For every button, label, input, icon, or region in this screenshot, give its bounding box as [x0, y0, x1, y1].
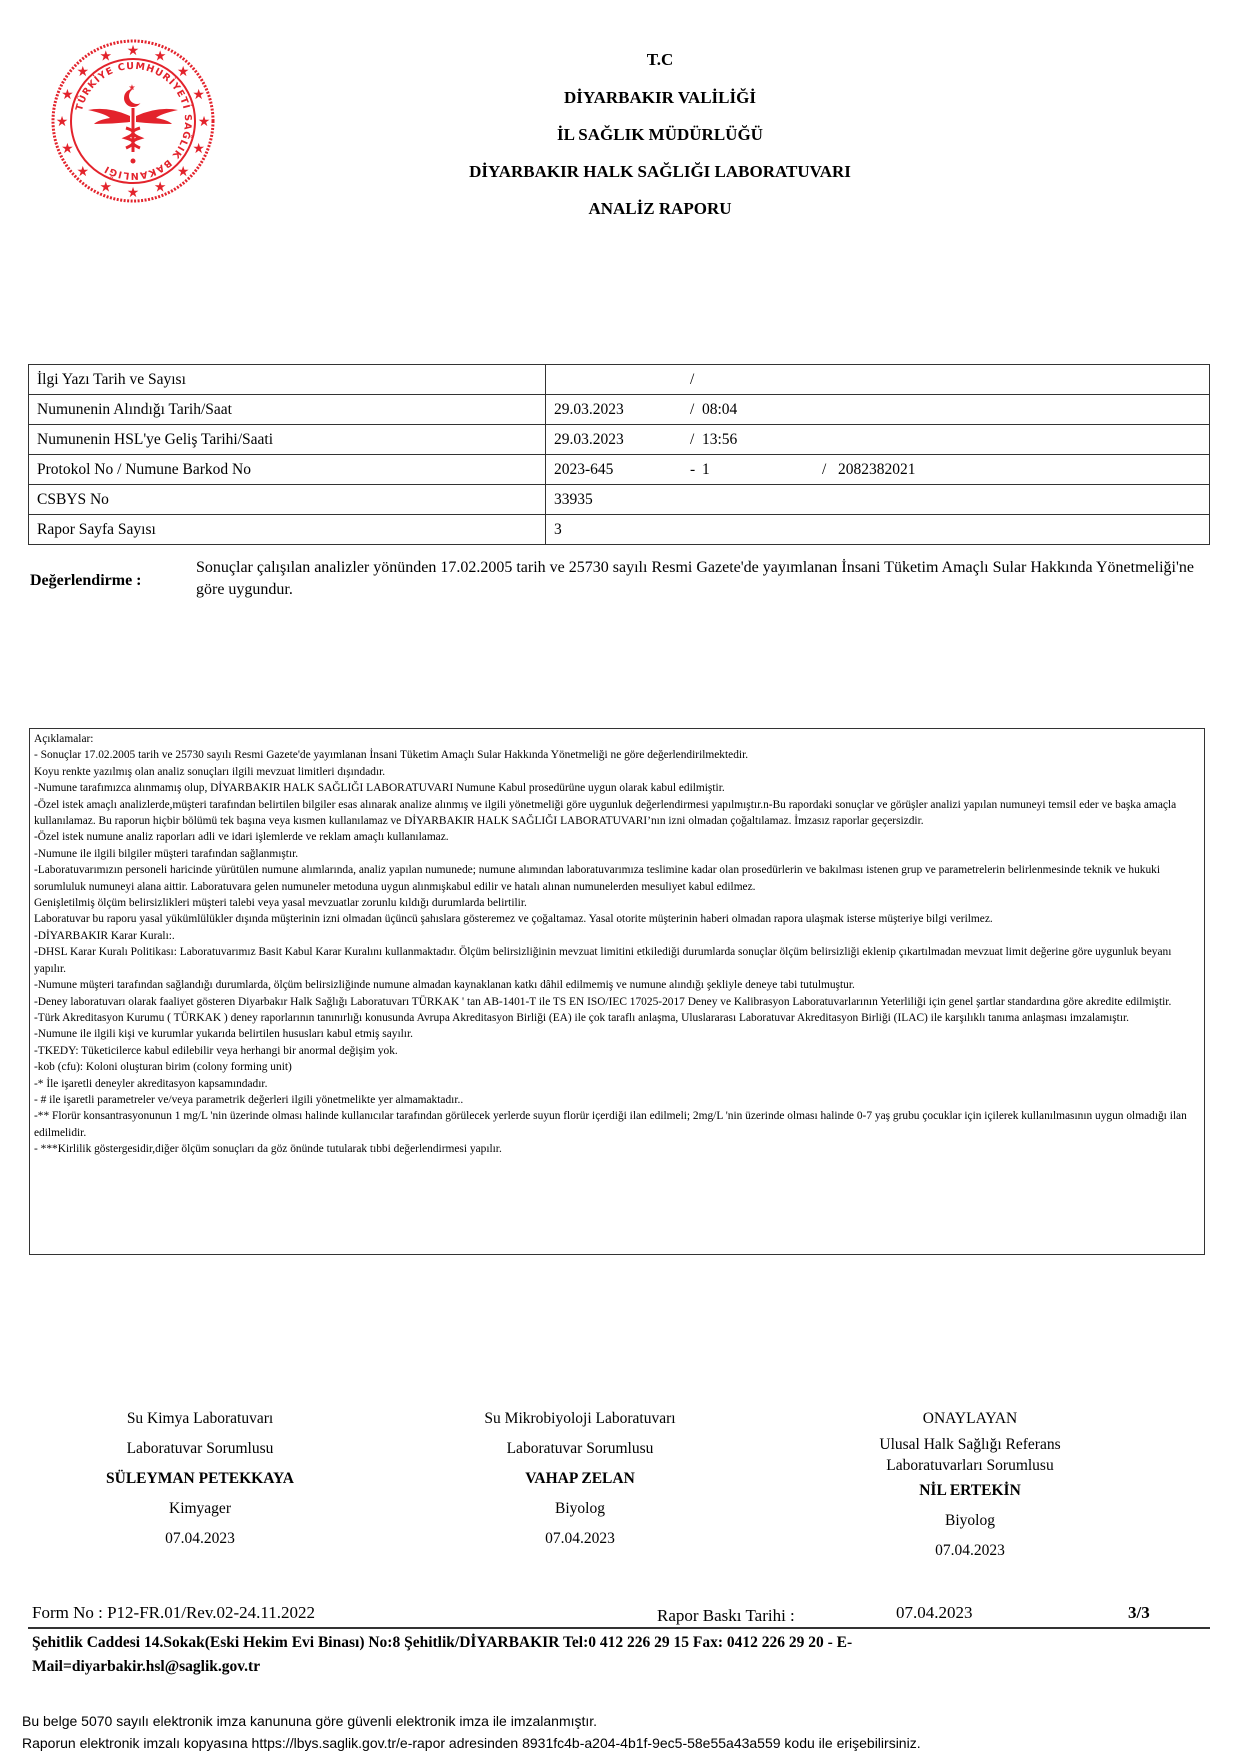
sample-info-table: İlgi Yazı Tarih ve Sayısı/Numunenin Alın…	[28, 364, 1210, 545]
evaluation-text: Sonuçlar çalışılan analizler yönünden 17…	[196, 557, 1196, 601]
svg-text:★: ★	[127, 185, 140, 201]
signature-date: 07.04.2023	[830, 1536, 1110, 1566]
info-label: İlgi Yazı Tarih ve Sayısı	[29, 365, 546, 395]
footer-divider	[28, 1627, 1210, 1629]
value-primary: 29.03.2023	[554, 431, 690, 449]
svg-text:★: ★	[56, 114, 69, 130]
note-line: -Numune ile ilgili kişi ve kurumlar yuka…	[34, 1026, 1200, 1042]
note-line: Laboratuvar bu raporu yasal yükümlülükle…	[34, 911, 1200, 927]
header-line-tc: T.C	[300, 50, 1020, 70]
notes-title: Açıklamalar:	[34, 731, 1200, 747]
page-number: 3/3	[1128, 1603, 1150, 1623]
signature-approver: ONAYLAYAN Ulusal Halk Sağlığı Referans L…	[830, 1404, 1110, 1566]
value-separator: /	[822, 461, 838, 479]
note-line: - # ile işaretli parametreler ve/veya pa…	[34, 1092, 1200, 1108]
info-value: 33935	[546, 485, 1210, 515]
note-line: -Özel istek amaçlı analizlerde,müşteri t…	[34, 797, 1200, 830]
svg-text:★: ★	[177, 64, 190, 80]
signature-date: 07.04.2023	[60, 1524, 340, 1554]
info-label: Numunenin HSL'ye Geliş Tarihi/Saati	[29, 425, 546, 455]
svg-text:★: ★	[100, 48, 113, 64]
note-line: -Türk Akreditasyon Kurumu ( TÜRKAK ) den…	[34, 1010, 1200, 1026]
svg-text:★: ★	[61, 141, 74, 157]
svg-text:★: ★	[177, 164, 190, 180]
svg-text:★: ★	[154, 48, 167, 64]
signature-role-line2: Laboratuvarları Sorumlusu	[830, 1455, 1110, 1476]
note-line: - Sonuçlar 17.02.2005 tarih ve 25730 say…	[34, 747, 1200, 763]
svg-text:★: ★	[192, 141, 205, 157]
value-separator: -	[690, 461, 702, 479]
print-date: 07.04.2023	[896, 1603, 973, 1623]
info-value: /	[546, 365, 1210, 395]
note-line: -TKEDY: Tüketicilerce kabul edilebilir v…	[34, 1043, 1200, 1059]
note-line: -Numune tarafımızca alınmamış olup, DİYA…	[34, 780, 1200, 796]
info-label: Rapor Sayfa Sayısı	[29, 515, 546, 545]
info-value: 29.03.2023/13:56	[546, 425, 1210, 455]
signature-name: NİL ERTEKİN	[830, 1476, 1110, 1506]
svg-text:★: ★	[192, 87, 205, 103]
info-label: Numunenin Alındığı Tarih/Saat	[29, 395, 546, 425]
ministry-of-health-seal-icon: ★★★★★★★★★★★★★★★★ TÜRKİYE CUMHURİYETİ SAĞ…	[48, 36, 218, 206]
svg-text:★: ★	[77, 164, 90, 180]
value-secondary: 13:56	[702, 431, 822, 449]
form-number: Form No : P12-FR.01/Rev.02-24.11.2022	[32, 1603, 315, 1623]
note-line: -Numune müşteri tarafından sağlandığı du…	[34, 977, 1200, 993]
svg-text:★: ★	[128, 83, 135, 92]
info-label: Protokol No / Numune Barkod No	[29, 455, 546, 485]
header-line-health-directorate: İL SAĞLIK MÜDÜRLÜĞÜ	[300, 125, 1020, 145]
e-signature-notice: Bu belge 5070 sayılı elektronik imza kan…	[22, 1710, 921, 1754]
note-line: -Deney laboratuvarı olarak faaliyet göst…	[34, 994, 1200, 1010]
svg-text:★: ★	[100, 180, 113, 196]
value-secondary: 08:04	[702, 401, 822, 419]
e-report-access-line: Raporun elektronik imzalı kopyasına http…	[22, 1732, 921, 1754]
note-line: -DHSL Karar Kuralı Politikası: Laboratuv…	[34, 944, 1200, 977]
report-title: ANALİZ RAPORU	[300, 199, 1020, 219]
note-line: -Özel istek numune analiz raporları adli…	[34, 829, 1200, 845]
signature-name: VAHAP ZELAN	[430, 1464, 730, 1494]
value-primary: 3	[554, 521, 690, 539]
signature-title: Biyolog	[830, 1506, 1110, 1536]
info-row: Protokol No / Numune Barkod No2023-645-1…	[29, 455, 1210, 485]
value-separator: /	[690, 401, 702, 419]
note-line: Genişletilmiş ölçüm belirsizlikleri müşt…	[34, 895, 1200, 911]
value-separator: /	[690, 431, 702, 449]
signature-date: 07.04.2023	[430, 1524, 730, 1554]
svg-text:★: ★	[61, 87, 74, 103]
header-line-governorship: DİYARBAKIR VALİLİĞİ	[300, 88, 1020, 108]
approver-heading: ONAYLAYAN	[830, 1404, 1110, 1434]
notes-box: Açıklamalar: - Sonuçlar 17.02.2005 tarih…	[29, 728, 1205, 1255]
note-line: -* İle işaretli deneyler akreditasyon ka…	[34, 1076, 1200, 1092]
signature-unit: Su Kimya Laboratuvarı	[60, 1404, 340, 1434]
note-line: - ***Kirlilik göstergesidir,diğer ölçüm …	[34, 1141, 1200, 1157]
header-line-laboratory: DİYARBAKIR HALK SAĞLIĞI LABORATUVARI	[300, 162, 1020, 182]
value-tertiary: 2082382021	[838, 461, 916, 479]
info-row: Rapor Sayfa Sayısı3	[29, 515, 1210, 545]
e-signature-line: Bu belge 5070 sayılı elektronik imza kan…	[22, 1710, 921, 1732]
signature-role: Laboratuvar Sorumlusu	[430, 1434, 730, 1464]
svg-text:★: ★	[154, 180, 167, 196]
address-contact: Şehitlik Caddesi 14.Sokak(Eski Hekim Evi…	[32, 1631, 1072, 1679]
evaluation-label: Değerlendirme :	[30, 572, 142, 590]
info-value: 3	[546, 515, 1210, 545]
svg-text:★: ★	[77, 64, 90, 80]
signature-role-line1: Ulusal Halk Sağlığı Referans	[830, 1434, 1110, 1455]
info-value: 29.03.2023/08:04	[546, 395, 1210, 425]
signature-title: Kimyager	[60, 1494, 340, 1524]
info-row: CSBYS No33935	[29, 485, 1210, 515]
signature-unit: Su Mikrobiyoloji Laboratuvarı	[430, 1404, 730, 1434]
info-row: İlgi Yazı Tarih ve Sayısı/	[29, 365, 1210, 395]
print-date-label: Rapor Baskı Tarihi :	[657, 1606, 795, 1626]
info-row: Numunenin HSL'ye Geliş Tarihi/Saati29.03…	[29, 425, 1210, 455]
signature-name: SÜLEYMAN PETEKKAYA	[60, 1464, 340, 1494]
value-primary: 33935	[554, 491, 690, 509]
note-line: -kob (cfu): Koloni oluşturan birim (colo…	[34, 1059, 1200, 1075]
note-line: -Numune ile ilgili bilgiler müşteri tara…	[34, 846, 1200, 862]
note-line: -DİYARBAKIR Karar Kuralı:.	[34, 928, 1200, 944]
signature-chemistry: Su Kimya Laboratuvarı Laboratuvar Soruml…	[60, 1404, 340, 1554]
info-label: CSBYS No	[29, 485, 546, 515]
info-row: Numunenin Alındığı Tarih/Saat29.03.2023/…	[29, 395, 1210, 425]
note-line: -Laboratuvarımızın personeli haricinde y…	[34, 862, 1200, 895]
note-line: Koyu renkte yazılmış olan analiz sonuçla…	[34, 764, 1200, 780]
value-primary: 29.03.2023	[554, 401, 690, 419]
svg-text:★: ★	[198, 114, 211, 130]
value-separator: /	[690, 371, 702, 389]
signature-role: Laboratuvar Sorumlusu	[60, 1434, 340, 1464]
svg-text:★: ★	[127, 43, 140, 59]
value-secondary: 1	[702, 461, 822, 479]
note-line: -** Florür konsantrasyonunun 1 mg/L 'nin…	[34, 1108, 1200, 1141]
value-primary: 2023-645	[554, 461, 690, 479]
signature-title: Biyolog	[430, 1494, 730, 1524]
info-value: 2023-645-1/2082382021	[546, 455, 1210, 485]
signature-microbiology: Su Mikrobiyoloji Laboratuvarı Laboratuva…	[430, 1404, 730, 1554]
